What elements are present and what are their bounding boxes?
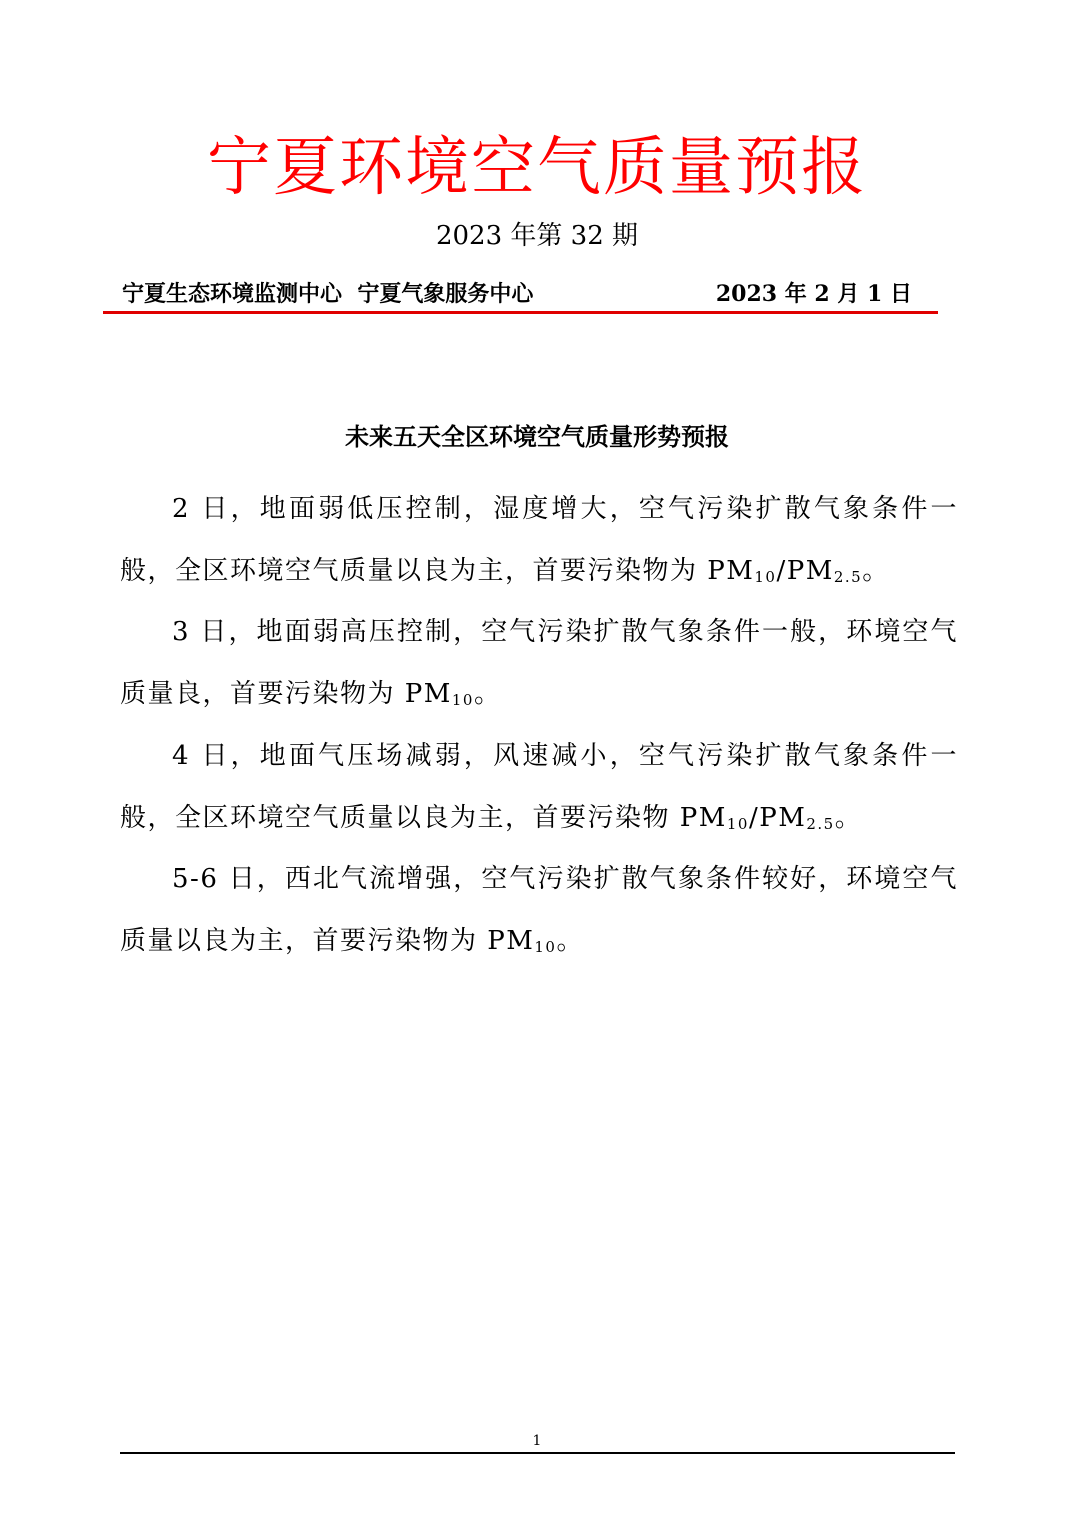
pollutant: PM10。 <box>405 679 502 709</box>
pollutant: PM10/PM2.5。 <box>680 803 862 833</box>
forecast-paragraph-day2: 2 日，地面弱低压控制，湿度增大，空气污染扩散气象条件一般，全区环境空气质量以良… <box>120 478 958 602</box>
footer-rule <box>120 1452 955 1454</box>
forecast-paragraph-day4: 4 日，地面气压场减弱，风速减小，空气污染扩散气象条件一般，全区环境空气质量以良… <box>120 725 958 849</box>
forecast-paragraph-day5-6: 5-6 日，西北气流增强，空气污染扩散气象条件较好，环境空气质量以良为主，首要污… <box>120 848 958 972</box>
publisher-organizations: 宁夏生态环境监测中心 宁夏气象服务中心 <box>122 278 533 310</box>
section-heading: 未来五天全区环境空气质量形势预报 <box>0 420 1074 454</box>
document-title: 宁夏环境空气质量预报 <box>0 128 1074 208</box>
page-number: 1 <box>0 1433 1074 1449</box>
publisher-row: 宁夏生态环境监测中心 宁夏气象服务中心 2023 年 2 月 1 日 <box>122 278 912 310</box>
publish-date: 2023 年 2 月 1 日 <box>716 278 912 310</box>
header-red-rule <box>103 311 938 314</box>
paragraph-text: 3 日，地面弱高压控制，空气污染扩散气象条件一般，环境空气质量良，首要污染物为 <box>120 617 958 709</box>
pollutant: PM10/PM2.5。 <box>707 556 889 586</box>
issue-number: 2023 年第 32 期 <box>0 218 1074 254</box>
forecast-paragraph-day3: 3 日，地面弱高压控制，空气污染扩散气象条件一般，环境空气质量良，首要污染物为 … <box>120 601 958 725</box>
pollutant: PM10。 <box>487 926 584 956</box>
